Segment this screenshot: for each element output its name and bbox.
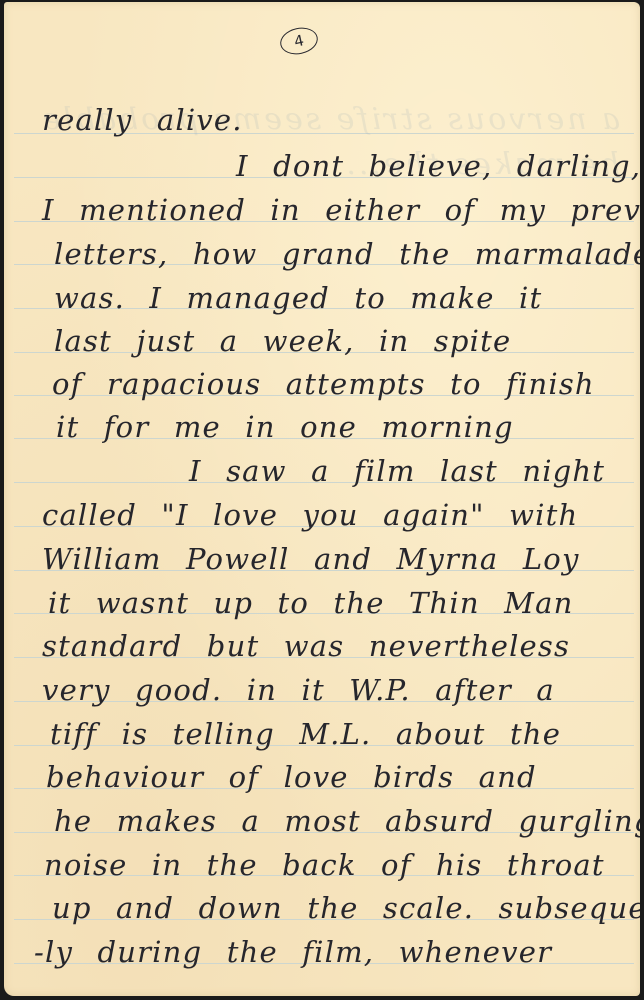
text-line: it for me in one morning [56,413,628,442]
text-line: William Powell and Myrna Loy [42,545,628,574]
text-line: noise in the back of his throat [44,851,628,880]
text-line: -ly during the film, whenever [34,938,628,967]
text-line: up and down the scale. subsequent- [52,894,628,923]
text-line: behaviour of love birds and [46,763,628,792]
text-line: I saw a film last night [189,457,628,486]
text-line: standard but was nevertheless [42,632,628,661]
text-line: letters, how grand the marmalade [54,240,628,269]
text-line: called "I love you again" with [42,501,628,530]
text-line: last just a week, in spite [54,327,628,356]
text-line: it wasnt up to the Thin Man [48,589,628,618]
letter-page: a nervous strife seems probable he makes… [4,2,640,996]
text-line: of rapacious attempts to finish [52,370,628,399]
text-line: I mentioned in either of my previous [42,196,628,225]
page-number: 4 [278,24,321,57]
text-line: was. I managed to make it [54,284,628,313]
text-line: I dont believe, darling, [236,152,628,181]
text-line: tiff is telling M.L. about the [50,720,628,749]
text-line: he makes a most absurd gurgling [54,807,628,836]
text-line: very good. in it W.P. after a [42,676,628,705]
text-line: really alive. [42,106,628,135]
